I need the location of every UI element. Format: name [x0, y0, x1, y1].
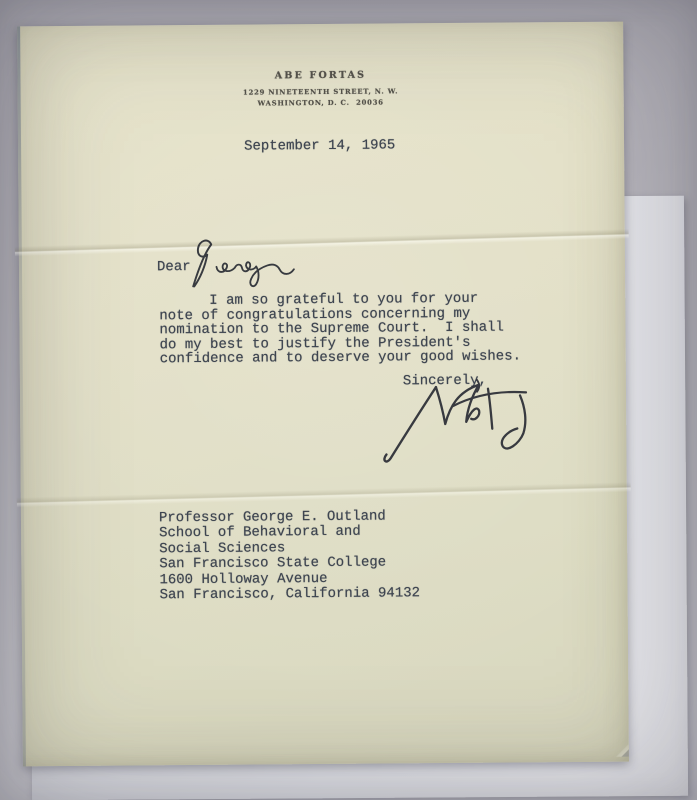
date-line: September 14, 1965 [244, 137, 395, 154]
handwritten-name-george [189, 238, 301, 293]
letter-body: I am so grateful to you for your note of… [159, 291, 521, 367]
corner-fold [616, 744, 629, 757]
photo-background: ABE FORTAS 1229 NINETEENTH STREET, N. W.… [0, 0, 697, 800]
letterhead-name: ABE FORTAS [17, 68, 623, 85]
fold-crease-top [15, 229, 629, 257]
abe-fortas-signature [380, 377, 533, 466]
letterhead: ABE FORTAS 1229 NINETEENTH STREET, N. W.… [17, 68, 623, 112]
recipient-address: Professor George E. Outland School of Be… [159, 509, 420, 603]
fold-crease-bottom [17, 482, 631, 508]
body-line: confidence and to deserve your good wish… [160, 350, 521, 367]
paper-left-edge-shade [17, 26, 26, 766]
address-line: San Francisco, California 94132 [160, 586, 421, 603]
letter-paper: ABE FORTAS 1229 NINETEENTH STREET, N. W.… [17, 22, 629, 767]
salutation-typed: Dear [157, 259, 191, 275]
